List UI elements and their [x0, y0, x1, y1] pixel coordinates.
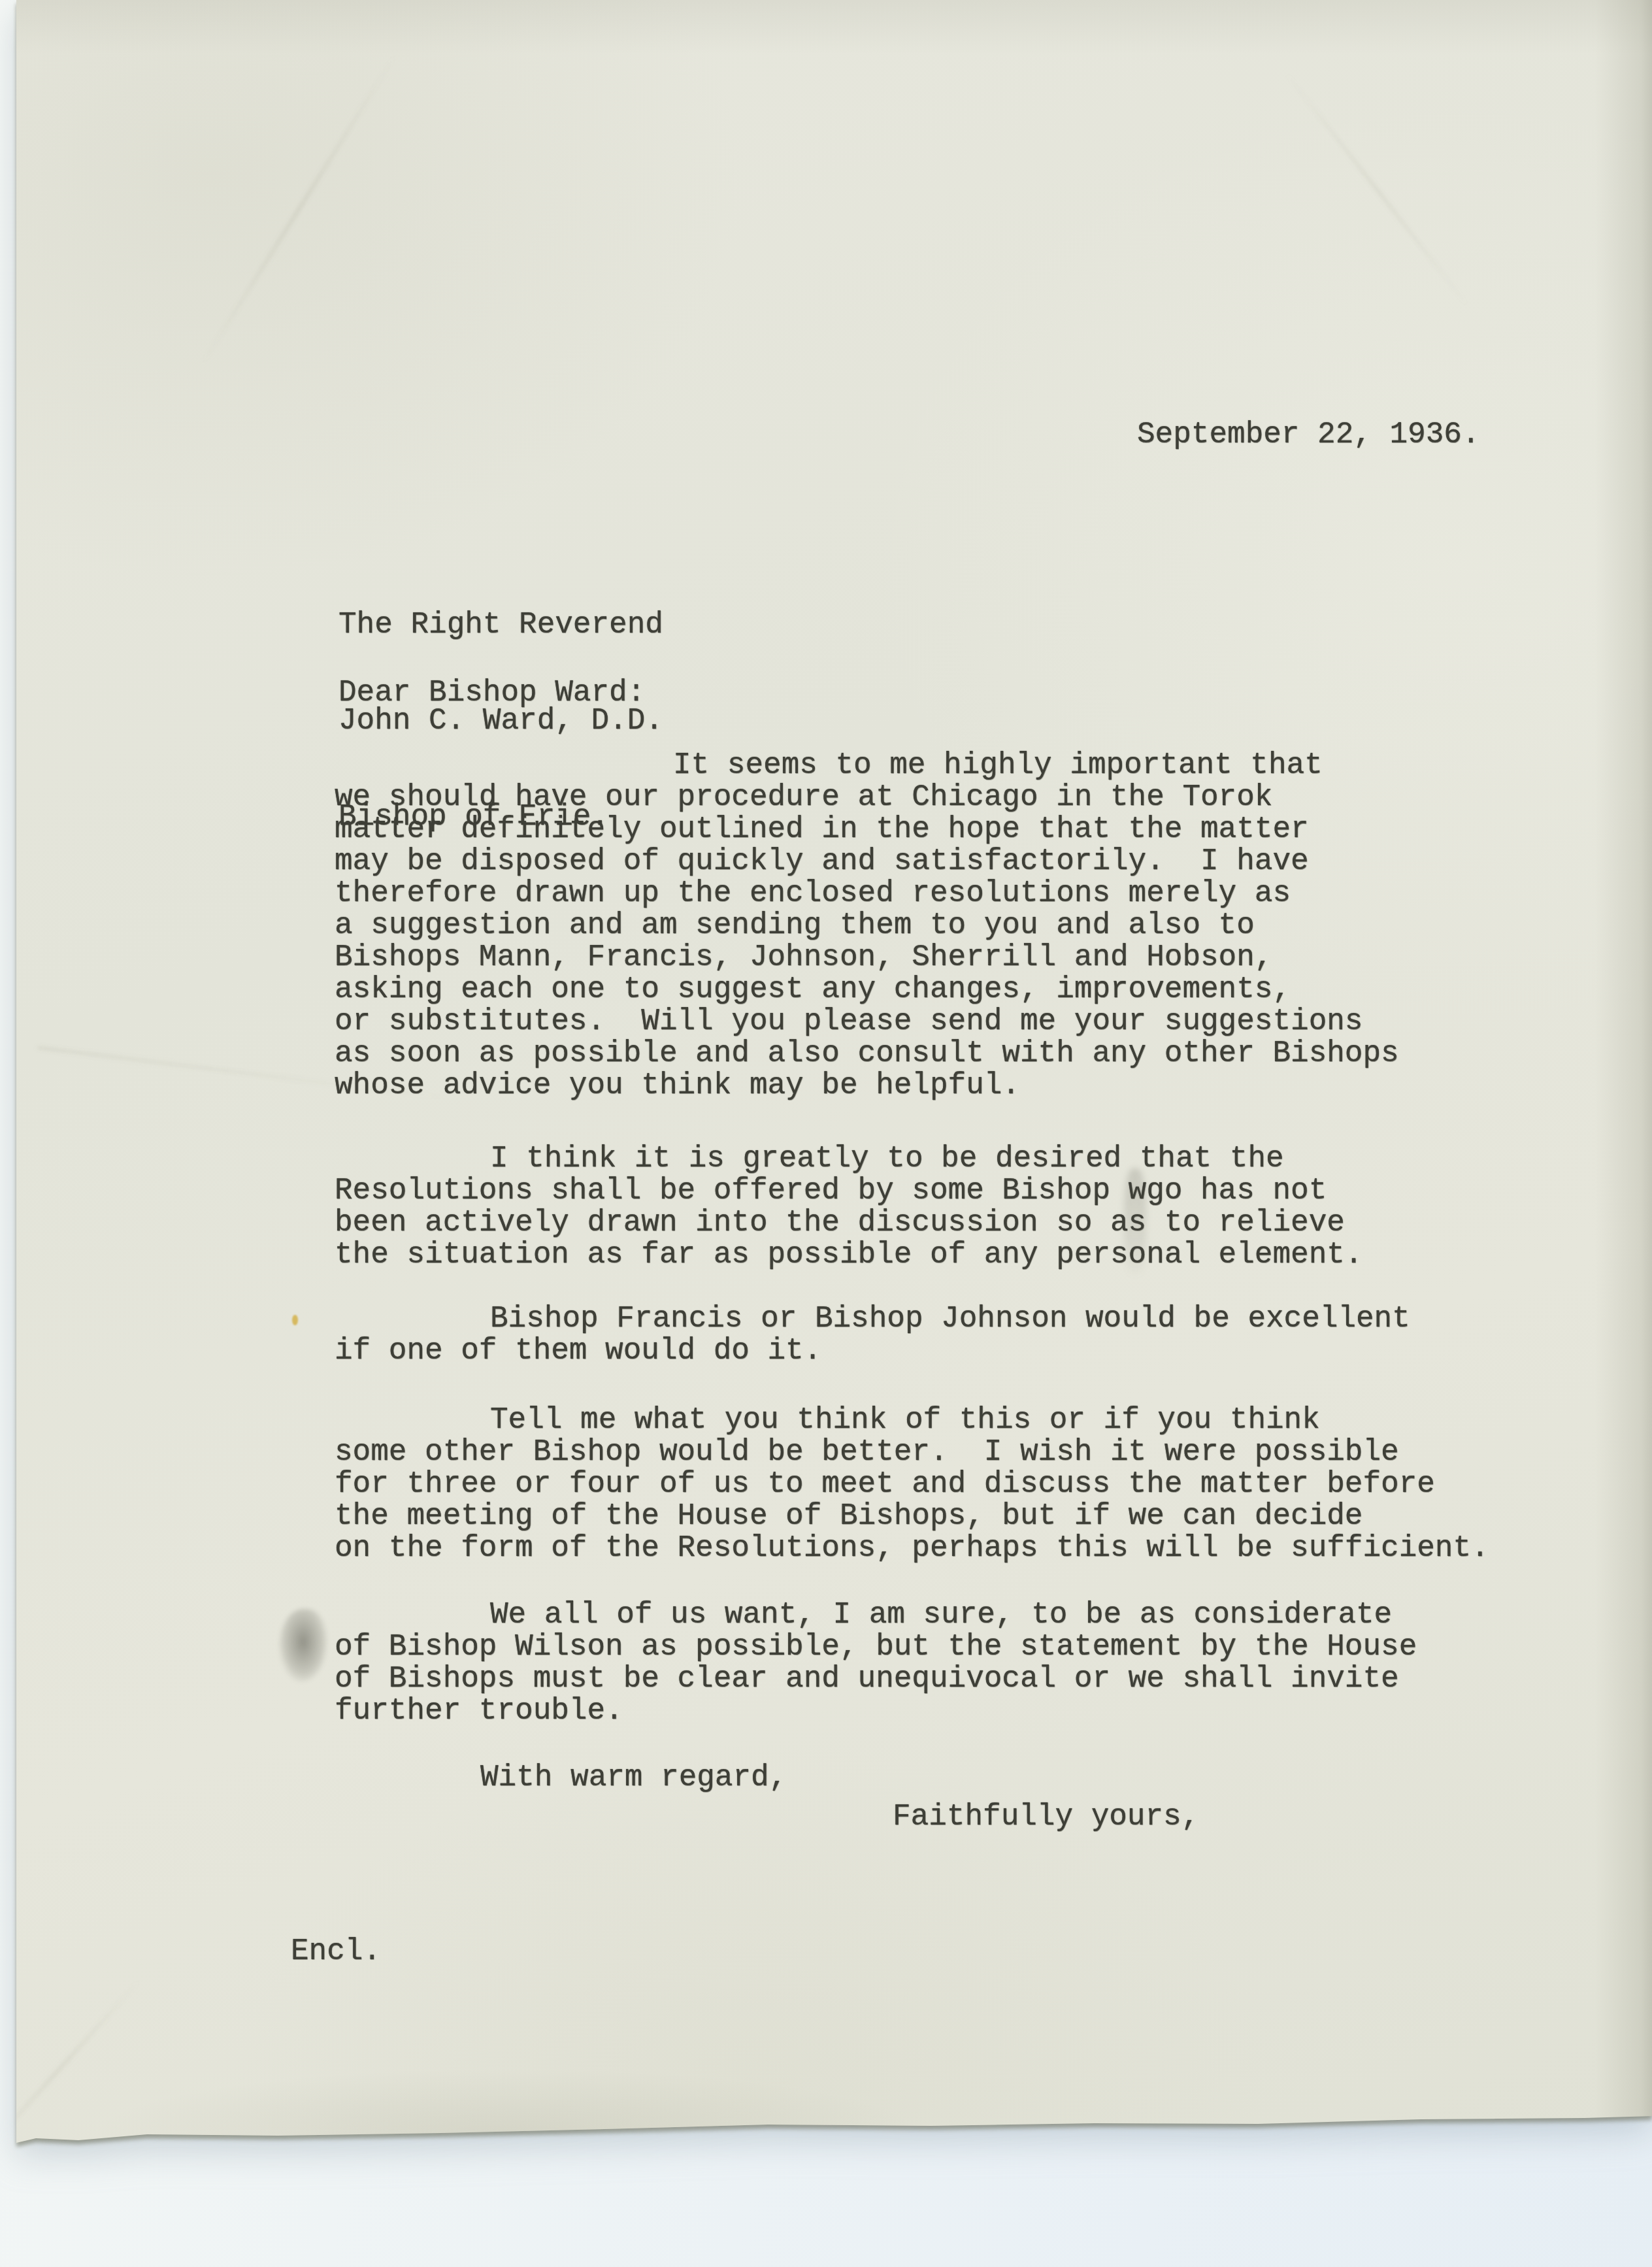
body-paragraph: Tell me what you think of this or if you…	[335, 1404, 1652, 1564]
body-line: It seems to me highly important that	[335, 750, 1652, 782]
body-line: I think it is greatly to be desired that…	[335, 1143, 1652, 1175]
crease-mark	[1283, 71, 1470, 309]
body-line: therefore drawn up the enclosed resoluti…	[335, 878, 1652, 910]
ink-smudge	[279, 1609, 327, 1682]
body-line: We all of us want, I am sure, to be as c…	[335, 1599, 1652, 1631]
body-line: we should have our procedure at Chicago …	[335, 782, 1652, 814]
salutation: Dear Bishop Ward:	[339, 677, 645, 709]
body-line: may be disposed of quickly and satisfact…	[335, 846, 1652, 878]
paper-shadow: September 22, 1936. The Right Reverend J…	[16, 0, 1652, 2170]
body-paragraph: I think it is greatly to be desired that…	[335, 1143, 1652, 1271]
crease-mark	[0, 1978, 141, 2165]
body-line: Bishops Mann, Francis, Johnson, Sherrill…	[335, 942, 1652, 974]
closing-line: With warm regard,	[480, 1762, 787, 1794]
recipient-line: The Right Reverend	[339, 609, 663, 641]
letter-paper: September 22, 1936. The Right Reverend J…	[16, 0, 1652, 2170]
body-line: of Bishops must be clear and unequivocal…	[335, 1663, 1652, 1695]
body-line: Resolutions shall be offered by some Bis…	[335, 1175, 1652, 1207]
letter-date: September 22, 1936.	[1137, 419, 1480, 451]
body-line: as soon as possible and also consult wit…	[335, 1038, 1652, 1070]
body-line: been actively drawn into the discussion …	[335, 1207, 1652, 1239]
body-line: the meeting of the House of Bishops, but…	[335, 1500, 1652, 1532]
body-line: a suggestion and am sending them to you …	[335, 910, 1652, 942]
body-line: Tell me what you think of this or if you…	[335, 1404, 1652, 1436]
body-line: if one of them would do it.	[335, 1335, 1652, 1367]
body-line: or substitutes. Will you please send me …	[335, 1006, 1652, 1038]
body-line: on the form of the Resolutions, perhaps …	[335, 1532, 1652, 1564]
body-line: for three or four of us to meet and disc…	[335, 1468, 1652, 1500]
signoff-line: Faithfully yours,	[893, 1801, 1199, 1833]
body-line: the situation as far as possible of any …	[335, 1239, 1652, 1271]
body-line: further trouble.	[335, 1695, 1652, 1727]
enclosure-note: Encl.	[291, 1936, 381, 1968]
body-paragraph: It seems to me highly important thatwe s…	[335, 750, 1652, 1102]
body-line: some other Bishop would be better. I wis…	[335, 1436, 1652, 1468]
recipient-line: John C. Ward, D.D.	[339, 705, 663, 737]
body-paragraph: We all of us want, I am sure, to be as c…	[335, 1599, 1652, 1727]
body-line: Bishop Francis or Bishop Johnson would b…	[335, 1303, 1652, 1335]
paper-fleck	[292, 1315, 298, 1325]
body-line: matter definitely outlined in the hope t…	[335, 814, 1652, 846]
scanned-letter-page: { "letter": { "date": "September 22, 193…	[0, 0, 1652, 2267]
body-line: of Bishop Wilson as possible, but the st…	[335, 1631, 1652, 1663]
body-line: whose advice you think may be helpful.	[335, 1070, 1652, 1102]
body-paragraph: Bishop Francis or Bishop Johnson would b…	[335, 1303, 1652, 1367]
crease-mark	[201, 53, 397, 365]
body-line: asking each one to suggest any changes, …	[335, 974, 1652, 1006]
